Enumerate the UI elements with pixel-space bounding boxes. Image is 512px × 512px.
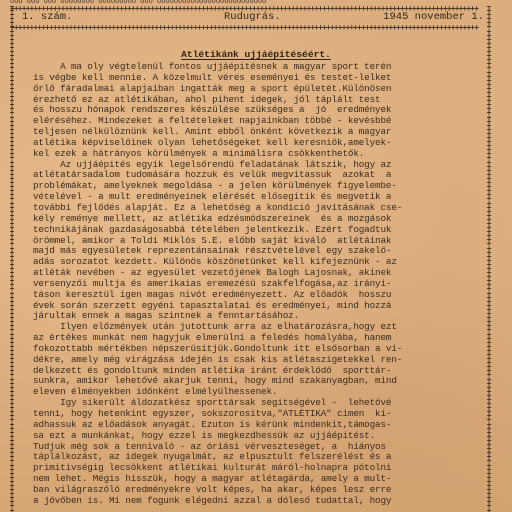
article-line: a jövőben is. Mi nem fogunk elégedni azz… <box>33 496 477 507</box>
article-line: örömmel, amikor a Toldi Miklós S.E. előb… <box>33 236 477 247</box>
issue-number: 1. szám. <box>22 10 72 24</box>
article-line: tenni, hogy hetenkint egyszer, sokszoros… <box>33 409 477 420</box>
article-line: további fejlődés alapját. Ez a lehetőség… <box>33 203 477 214</box>
article-line: dékre, amely még virágzása idején is csa… <box>33 355 477 366</box>
article-line: majd más egyesületek reprezentánsainak r… <box>33 246 477 257</box>
article-line: évek során szerzett egyéni tapasztalatai… <box>33 301 477 312</box>
article-line: delkezett és gondoltunk minden atlétika … <box>33 366 477 377</box>
article-line: nem lehet. Mégis hisszük, hogy a magyar … <box>33 474 477 485</box>
article-line: teljesen nélkülöznünk kell. Amint ebből … <box>33 127 477 138</box>
article-line: atléták nevében - az egyesület vezetőjén… <box>33 268 477 279</box>
article-title: Atlétikánk ujjáépitéséért. <box>0 49 512 61</box>
article-line: Tudjuk még sok a tennivaló - az óriási v… <box>33 442 477 453</box>
article-body: A ma oly végtelenül fontos ujjáépitésnek… <box>33 62 477 507</box>
article-line: problémákat, amelyeknek megoldása - a je… <box>33 181 477 192</box>
previous-page-bleed: ooo ooo ooo oooooooo ooooooooo ooo ooooo… <box>10 0 490 4</box>
article-line: primitivségig lecsökkent atlétikai kultu… <box>33 463 477 474</box>
article-line: fokozottabb mértékben népszerüsitjük.Gon… <box>33 344 477 355</box>
border-right-column: + + + + + + + + + + + + + + + + + + + + … <box>485 6 493 512</box>
article-line: és hosszu hónapok rendszeres készülése s… <box>33 105 477 116</box>
article-line: kel ezek a hátrányos körülmények a minim… <box>33 149 477 160</box>
publication-place: Rudugrás. <box>224 10 281 24</box>
article-line: sunkra, amikor lehetővé akarjuk tenni, h… <box>33 376 477 387</box>
article-line: eléréséhez. Mindezeket a feltételeket na… <box>33 116 477 127</box>
article-line: ban világraszóló eredményekre volt képes… <box>33 485 477 496</box>
article-line: atlétika képviselőinek olyan lehetőségek… <box>33 138 477 149</box>
article-line: versenyzői multja és amerikaias eremezés… <box>33 279 477 290</box>
article-line: táplálkozást, az idegek nyugalmát, az el… <box>33 452 477 463</box>
issue-date: 1945 november 1. <box>383 10 484 24</box>
article-line: az értékes munkát nem hagyjuk elmerülni … <box>33 333 477 344</box>
article-line: sa ezt a munkánkat, hogy ezzel is megkez… <box>33 431 477 442</box>
article-line: is végbe kell mennie. A közelmult véres … <box>33 73 477 84</box>
article-line: járultak ennek a magas szintnek a fennta… <box>33 311 477 322</box>
newsletter-header: 1. szám. Rudugrás. 1945 november 1. <box>22 10 484 24</box>
article-line: érezhető ez az atlétikában, ahol pihent … <box>33 95 477 106</box>
border-left-column: + + + + + + + + + + + + + + + + + + + + … <box>8 6 16 512</box>
border-header-divider: ++++++++++++++++++++++++++++++++++++++++… <box>10 25 491 33</box>
article-line: őrlő fáradalmai alapjaiban ingatták meg … <box>33 84 477 95</box>
article-line: eleven élményekben időnként elmélyülhess… <box>33 387 477 398</box>
article-line: A ma oly végtelenül fontos ujjáépitésnek… <box>33 62 477 73</box>
article-line: vételével - a mult eredményeinek elérésé… <box>33 192 477 203</box>
article-line: adhassuk az előadások anyagát. Ezuton is… <box>33 420 477 431</box>
article-line: adás sorozatot kezdett. Különös köszönet… <box>33 257 477 268</box>
article-line: Az ujjáépités egyik legelsőrendü feladat… <box>33 160 477 171</box>
article-line: atlétatársadalom tudomására hozzuk és ve… <box>33 170 477 181</box>
article-line: Igy sikerült áldozatkész sporttársak seg… <box>33 398 477 409</box>
article-line: kély reménye mellett, az atlétika edzésm… <box>33 214 477 225</box>
article-line: táson keresztül igen magas nivót eredmén… <box>33 290 477 301</box>
article-line: Ilyen előzmények után jutottunk arra az … <box>33 322 477 333</box>
article-line: technikájának gazdaságosabbá tételében j… <box>33 225 477 236</box>
